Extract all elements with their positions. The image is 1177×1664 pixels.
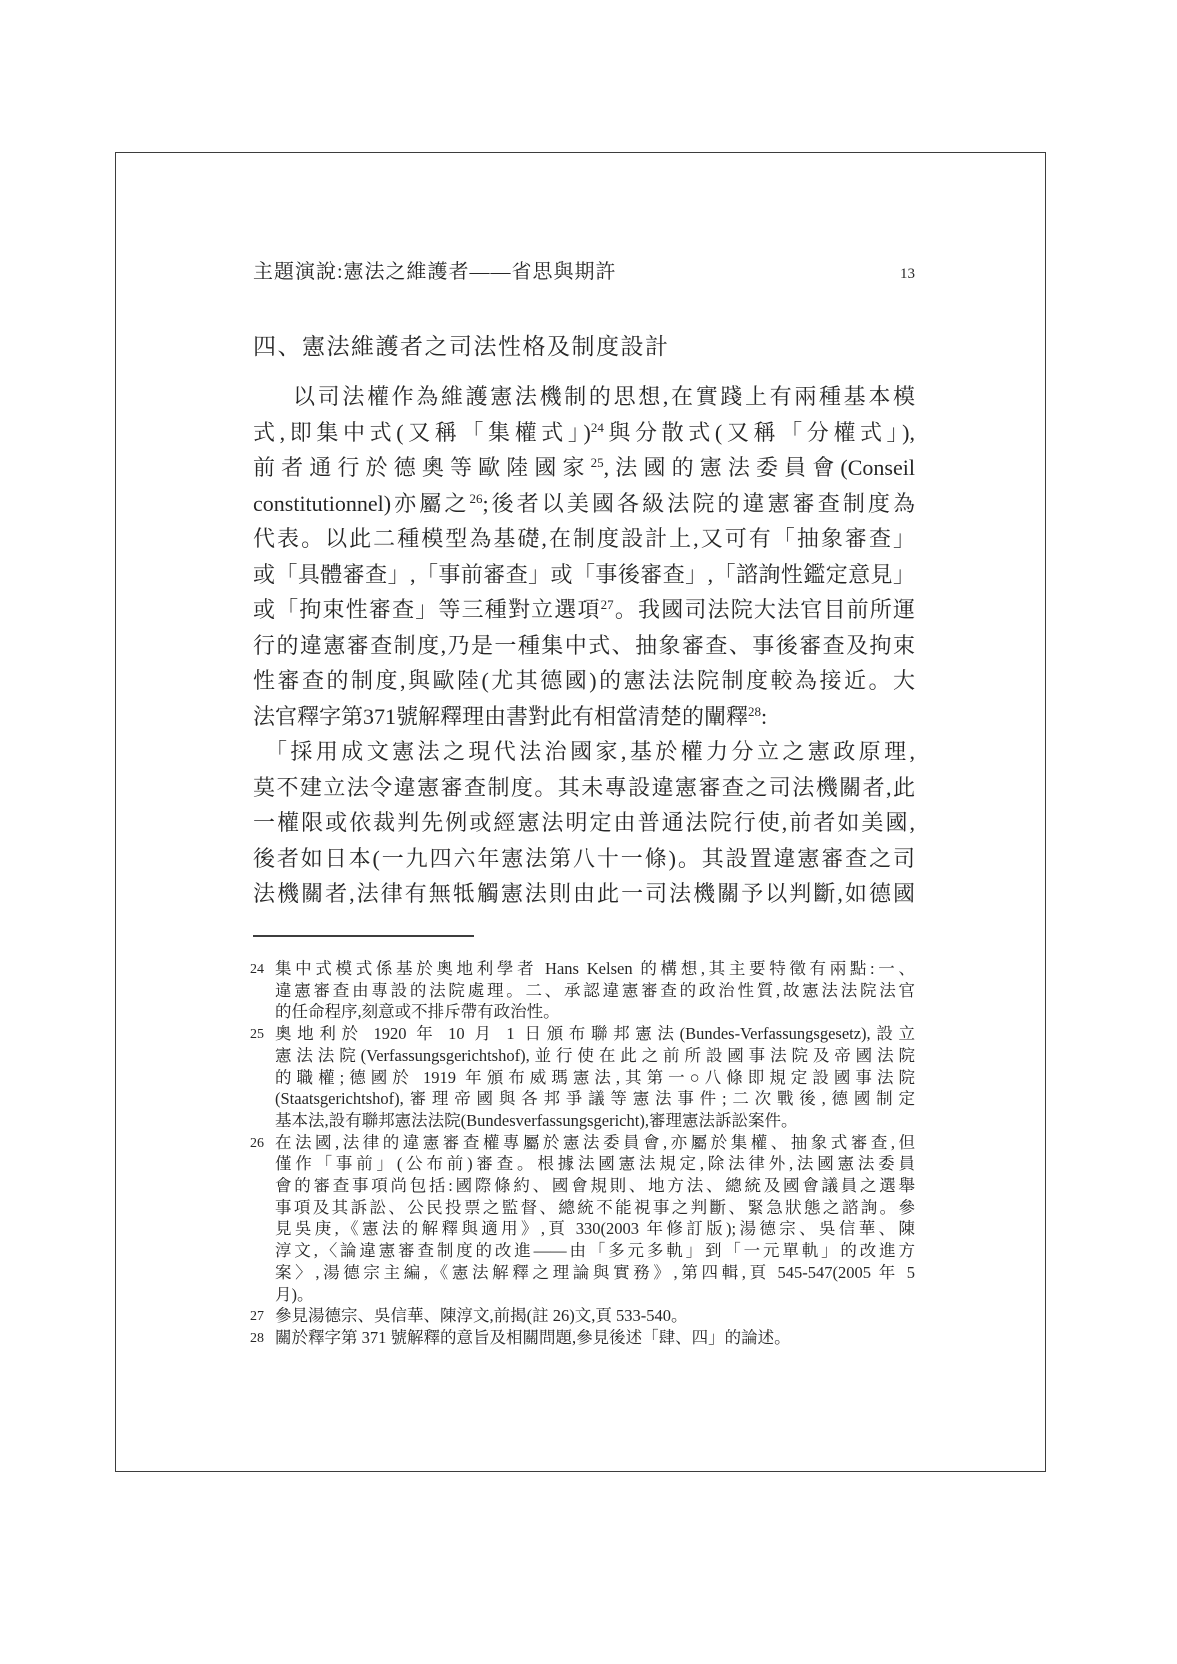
footnote-line: 關於釋字第 371 號解釋的意旨及相關問題,參見後述「肆、四」的論述。 <box>275 1327 915 1349</box>
footnote-line: 參見湯德宗、吳信華、陳淳文,前揭(註 26)文,頁 533-540。 <box>275 1305 915 1327</box>
footnote-line: 違憲審查由專設的法院處理。二、承認違憲審查的政治性質,故憲法法院法官 <box>275 980 915 1002</box>
footnote-line: 集中式模式係基於奧地利學者 Hans Kelsen 的構想,其主要特徵有兩點:一… <box>275 958 915 980</box>
footnote-line: 的職權;德國於 1919 年頒布威瑪憲法,其第一○八條即規定設國事法院 <box>275 1067 915 1089</box>
footnote: 25奧地利於 1920 年 10 月 1 日頒布聯邦憲法(Bundes-Verf… <box>250 1023 915 1132</box>
footnote-line: 的任命程序,刻意或不排斥帶有政治性。 <box>275 1001 915 1023</box>
body-line: 性審查的制度,與歐陸(尤其德國)的憲法法院制度較為接近。大 <box>253 663 915 699</box>
footnote-line: 在法國,法律的違憲審查權專屬於憲法委員會,亦屬於集權、抽象式審查,但 <box>275 1132 915 1154</box>
body-line: 以司法權作為維護憲法機制的思想,在實踐上有兩種基本模 <box>253 379 915 415</box>
footnote-ref: 24 <box>591 420 604 435</box>
document-page: 主題演說:憲法之維護者——省思與期許 13 四、憲法維護者之司法性格及制度設計 … <box>0 0 1177 1664</box>
footnote-line: 見吳庚,《憲法的解釋與適用》,頁 330(2003 年修訂版);湯德宗、吳信華、… <box>275 1218 915 1240</box>
footnote-line: 僅作「事前」(公布前)審查。根據法國憲法規定,除法律外,法國憲法委員 <box>275 1153 915 1175</box>
body-line: 或「拘束性審查」等三種對立選項27。我國司法院大法官目前所運 <box>253 592 915 628</box>
body-line: 式,即集中式(又稱「集權式」)24與分散式(又稱「分權式」), <box>253 415 915 451</box>
page-number: 13 <box>900 266 915 283</box>
footnote: 24集中式模式係基於奧地利學者 Hans Kelsen 的構想,其主要特徵有兩點… <box>250 958 915 1023</box>
footnote-line: 月)。 <box>275 1284 915 1306</box>
footnote-separator <box>253 935 474 937</box>
running-header: 主題演說:憲法之維護者——省思與期許 13 <box>253 255 915 284</box>
footnote-ref: 28 <box>748 704 761 719</box>
body-text: 以司法權作為維護憲法機制的思想,在實踐上有兩種基本模式,即集中式(又稱「集權式」… <box>253 379 915 912</box>
body-line: constitutionnel)亦屬之26;後者以美國各級法院的違憲審查制度為 <box>253 486 915 522</box>
footnote-line: 事項及其訴訟、公民投票之監督、總統不能視事之判斷、緊急狀態之諮詢。參 <box>275 1197 915 1219</box>
footnote: 27參見湯德宗、吳信華、陳淳文,前揭(註 26)文,頁 533-540。 <box>250 1305 915 1327</box>
body-line: 代表。以此二種模型為基礎,在制度設計上,又可有「抽象審查」 <box>253 521 915 557</box>
footnote-number: 25 <box>250 1024 264 1046</box>
body-line: 行的違憲審查制度,乃是一種集中式、抽象審查、事後審查及拘束 <box>253 628 915 664</box>
footnote-line: 憲法法院(Verfassungsgerichtshof),並行使在此之前所設國事… <box>275 1045 915 1067</box>
footnote-number: 26 <box>250 1133 264 1155</box>
footnote: 28關於釋字第 371 號解釋的意旨及相關問題,參見後述「肆、四」的論述。 <box>250 1327 915 1349</box>
body-line: 法官釋字第371號解釋理由書對此有相當清楚的闡釋28: <box>253 699 915 735</box>
footnote-ref: 27 <box>601 597 614 612</box>
footnote-line: 基本法,設有聯邦憲法法院(Bundesverfassungsgericht),審… <box>275 1110 915 1132</box>
footnote-line: 會的審查事項尚包括:國際條約、國會規則、地方法、總統及國會議員之選舉 <box>275 1175 915 1197</box>
footnote-ref: 26 <box>469 491 482 506</box>
footnote-number: 27 <box>250 1306 264 1328</box>
body-line: 前者通行於德奧等歐陸國家25,法國的憲法委員會(Conseil <box>253 450 915 486</box>
footnote-line: (Staatsgerichtshof),審理帝國與各邦爭議等憲法事件;二次戰後,… <box>275 1088 915 1110</box>
footnote-line: 淳文,〈論違憲審查制度的改進——由「多元多軌」到「一元單軌」的改進方 <box>275 1240 915 1262</box>
body-line: 後者如日本(一九四六年憲法第八十一條)。其設置違憲審查之司 <box>253 841 915 877</box>
body-line: 法機關者,法律有無牴觸憲法則由此一司法機關予以判斷,如德國 <box>253 876 915 912</box>
header-title: 主題演說:憲法之維護者——省思與期許 <box>253 255 617 284</box>
body-line: 一權限或依裁判先例或經憲法明定由普通法院行使,前者如美國, <box>253 805 915 841</box>
footnote: 26在法國,法律的違憲審查權專屬於憲法委員會,亦屬於集權、抽象式審查,但僅作「事… <box>250 1132 915 1306</box>
section-heading: 四、憲法維護者之司法性格及制度設計 <box>253 328 933 361</box>
footnote-line: 案〉,湯德宗主編,《憲法解釋之理論與實務》,第四輯,頁 545-547(2005… <box>275 1262 915 1284</box>
footnotes: 24集中式模式係基於奧地利學者 Hans Kelsen 的構想,其主要特徵有兩點… <box>250 958 915 1349</box>
body-line: 或「具體審查」,「事前審查」或「事後審查」,「諮詢性鑑定意見」 <box>253 557 915 593</box>
footnote-ref: 25 <box>591 455 604 470</box>
footnote-number: 28 <box>250 1328 264 1350</box>
body-line: 「採用成文憲法之現代法治國家,基於權力分立之憲政原理, <box>253 734 915 770</box>
footnote-line: 奧地利於 1920 年 10 月 1 日頒布聯邦憲法(Bundes-Verfas… <box>275 1023 915 1045</box>
footnote-number: 24 <box>250 959 264 981</box>
body-line: 莫不建立法令違憲審查制度。其未專設違憲審查之司法機關者,此 <box>253 770 915 806</box>
